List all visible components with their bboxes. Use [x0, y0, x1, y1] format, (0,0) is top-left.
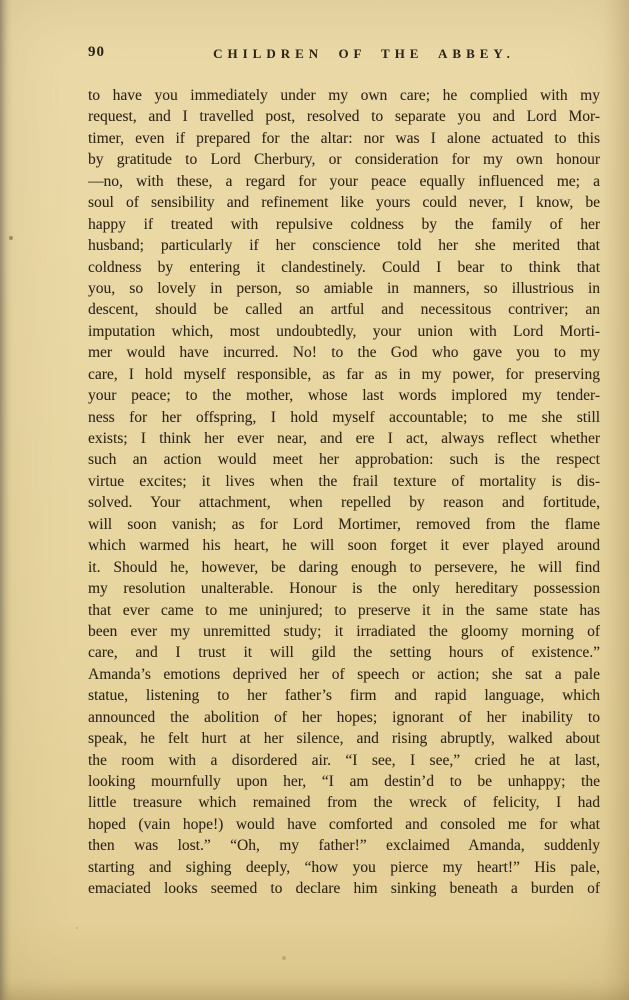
text-line: —no, with these, a regard for your peace… [88, 171, 600, 192]
text-line: your peace; to the mother, whose last wo… [88, 385, 600, 406]
scan-edge-bottom-shadow [0, 978, 629, 1000]
text-line: speak, he felt hurt at her silence, and … [88, 728, 600, 749]
text-line: emaciated looks seemed to declare him si… [88, 878, 600, 899]
text-line: it. Should he, however, be daring enough… [88, 557, 600, 578]
page-body-text: to have you immediately under my own car… [88, 85, 600, 900]
text-line: statue, listening to her father’s firm a… [88, 685, 600, 706]
text-line: announced the abolition of her hopes; ig… [88, 707, 600, 728]
book-page-scan: 90 CHILDREN OF THE ABBEY. to have you im… [0, 0, 629, 1000]
text-line: happy if treated with repulsive coldness… [88, 214, 600, 235]
text-line: by gratitude to Lord Cherbury, or consid… [88, 149, 600, 170]
text-line: hoped (vain hope!) would have comforted … [88, 814, 600, 835]
text-line: timer, even if prepared for the altar: n… [88, 128, 600, 149]
running-title: CHILDREN OF THE ABBEY. [128, 46, 600, 62]
text-line: care, I hold myself responsible, as far … [88, 364, 600, 385]
text-line: solved. Your attachment, when repelled b… [88, 492, 600, 513]
text-line: descent, should be called an artful and … [88, 299, 600, 320]
text-line: you, so lovely in person, so amiable in … [88, 278, 600, 299]
text-line: looking mournfully upon her, “I am desti… [88, 771, 600, 792]
text-line: ness for her offspring, I hold myself ac… [88, 407, 600, 428]
text-line: imputation which, most undoubtedly, your… [88, 321, 600, 342]
text-line: starting and sighing deeply, “how you pi… [88, 857, 600, 878]
page-header: 90 CHILDREN OF THE ABBEY. [88, 44, 600, 66]
text-line: care, and I trust it will gild the setti… [88, 642, 600, 663]
text-line: soul of sensibility and refinement like … [88, 192, 600, 213]
text-line: virtue excites; it lives when the frail … [88, 471, 600, 492]
text-line: exists; I think her ever near, and ere I… [88, 428, 600, 449]
paper-specks [0, 0, 2, 2]
text-line: little treasure which remained from the … [88, 792, 600, 813]
text-line: that ever came to me uninjured; to prese… [88, 600, 600, 621]
text-line: to have you immediately under my own car… [88, 85, 600, 106]
scan-edge-left-shadow [0, 0, 12, 1000]
text-line: request, and I travelled post, resolved … [88, 106, 600, 127]
text-line: my resolution unalterable. Honour is the… [88, 578, 600, 599]
text-line: Amanda’s emotions deprived her of speech… [88, 664, 600, 685]
text-line: been ever my unremitted study; it irradi… [88, 621, 600, 642]
text-line: the room with a disordered air. “I see, … [88, 750, 600, 771]
text-line: mer would have incurred. No! to the God … [88, 342, 600, 363]
text-line: then was lost.” “Oh, my father!” exclaim… [88, 835, 600, 856]
page-number: 90 [88, 44, 105, 61]
text-line: which warmed his heart, he will soon for… [88, 535, 600, 556]
text-line: husband; particularly if her conscience … [88, 235, 600, 256]
text-line: coldness by entering it clandestinely. C… [88, 257, 600, 278]
text-line: such an action would meet her approbatio… [88, 449, 600, 470]
scan-edge-right-shadow [603, 0, 629, 1000]
text-line: will soon vanish; as for Lord Mortimer, … [88, 514, 600, 535]
